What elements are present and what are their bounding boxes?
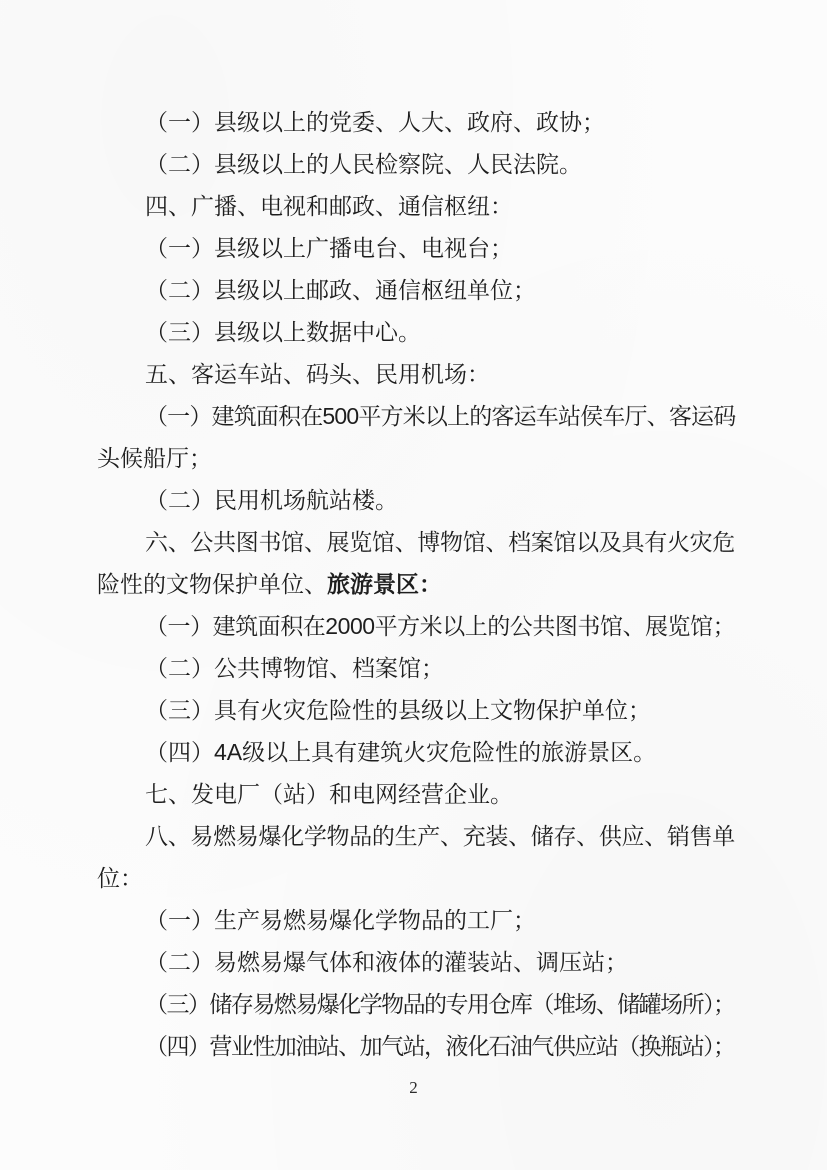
line-text: （一）建筑面积在500平方米以上的客运车站侯车厅、客运码 xyxy=(145,403,735,429)
text-line: 四、广播、电视和邮政、通信枢纽： xyxy=(97,185,735,227)
line-text: （二）县级以上的人民检察院、人民法院。 xyxy=(145,151,582,177)
line-text: （三）具有火灾危险性的县级以上文物保护单位； xyxy=(145,697,651,723)
text-line: （二）易燃易爆气体和液体的灌装站、调压站； xyxy=(97,941,735,983)
line-text: （一）县级以上的党委、人大、政府、政协； xyxy=(145,109,605,135)
text-line: 险性的文物保护单位、旅游景区： xyxy=(97,563,735,605)
text-line: 七、发电厂（站）和电网经营企业。 xyxy=(97,773,735,815)
document-page: （一）县级以上的党委、人大、政府、政协；（二）县级以上的人民检察院、人民法院。四… xyxy=(0,0,827,1170)
line-text: 位： xyxy=(97,865,143,891)
line-text: （一）建筑面积在2000平方米以上的公共图书馆、展览馆； xyxy=(145,613,735,639)
document-body: （一）县级以上的党委、人大、政府、政协；（二）县级以上的人民检察院、人民法院。四… xyxy=(97,101,735,1067)
line-text: （四）营业性加油站、加气站，液化石油气供应站（换瓶站）； xyxy=(145,1033,735,1059)
text-line: （四）营业性加油站、加气站，液化石油气供应站（换瓶站）； xyxy=(97,1025,735,1067)
text-line: （二）县级以上邮政、通信枢纽单位； xyxy=(97,269,735,311)
text-line: （一）建筑面积在2000平方米以上的公共图书馆、展览馆； xyxy=(97,605,735,647)
line-text: （二）县级以上邮政、通信枢纽单位； xyxy=(145,277,536,303)
line-text: （四）4A级以上具有建筑火灾危险性的旅游景区。 xyxy=(145,739,656,765)
text-line: （三）储存易燃易爆化学物品的专用仓库（堆场、储罐场所）； xyxy=(97,983,735,1025)
text-line: （二）民用机场航站楼。 xyxy=(97,479,735,521)
line-text: 五、客运车站、码头、民用机场： xyxy=(145,361,490,387)
line-text: 六、公共图书馆、展览馆、博物馆、档案馆以及具有火灾危 xyxy=(145,529,735,555)
text-line: 头候船厅； xyxy=(97,437,735,479)
line-text: （三）县级以上数据中心。 xyxy=(145,319,421,345)
line-text: （二）民用机场航站楼。 xyxy=(145,487,398,513)
highlighted-text: 旅游景区： xyxy=(327,571,442,597)
text-line: 位： xyxy=(97,857,735,899)
text-line: （一）生产易燃易爆化学物品的工厂； xyxy=(97,899,735,941)
text-line: 五、客运车站、码头、民用机场： xyxy=(97,353,735,395)
text-line: 八、易燃易爆化学物品的生产、充装、储存、供应、销售单 xyxy=(97,815,735,857)
line-text: 头候船厅； xyxy=(97,445,212,471)
line-text: （三）储存易燃易爆化学物品的专用仓库（堆场、储罐场所）； xyxy=(145,991,735,1017)
text-line: 六、公共图书馆、展览馆、博物馆、档案馆以及具有火灾危 xyxy=(97,521,735,563)
line-text: （一）生产易燃易爆化学物品的工厂； xyxy=(145,907,536,933)
text-line: （三）具有火灾危险性的县级以上文物保护单位； xyxy=(97,689,735,731)
text-line: （三）县级以上数据中心。 xyxy=(97,311,735,353)
line-text: （二）公共博物馆、档案馆； xyxy=(145,655,444,681)
text-line: （四）4A级以上具有建筑火灾危险性的旅游景区。 xyxy=(97,731,735,773)
text-line: （一）县级以上的党委、人大、政府、政协； xyxy=(97,101,735,143)
text-line: （一）县级以上广播电台、电视台； xyxy=(97,227,735,269)
line-text: （二）易燃易爆气体和液体的灌装站、调压站； xyxy=(145,949,628,975)
line-text: 险性的文物保护单位、 xyxy=(97,571,327,597)
text-line: （二）公共博物馆、档案馆； xyxy=(97,647,735,689)
page-number: 2 xyxy=(0,1074,827,1102)
line-text: 四、广播、电视和邮政、通信枢纽： xyxy=(145,193,513,219)
line-text: 七、发电厂（站）和电网经营企业。 xyxy=(145,781,513,807)
line-text: （一）县级以上广播电台、电视台； xyxy=(145,235,513,261)
line-text: 八、易燃易爆化学物品的生产、充装、储存、供应、销售单 xyxy=(145,823,735,849)
text-line: （一）建筑面积在500平方米以上的客运车站侯车厅、客运码 xyxy=(97,395,735,437)
text-line: （二）县级以上的人民检察院、人民法院。 xyxy=(97,143,735,185)
